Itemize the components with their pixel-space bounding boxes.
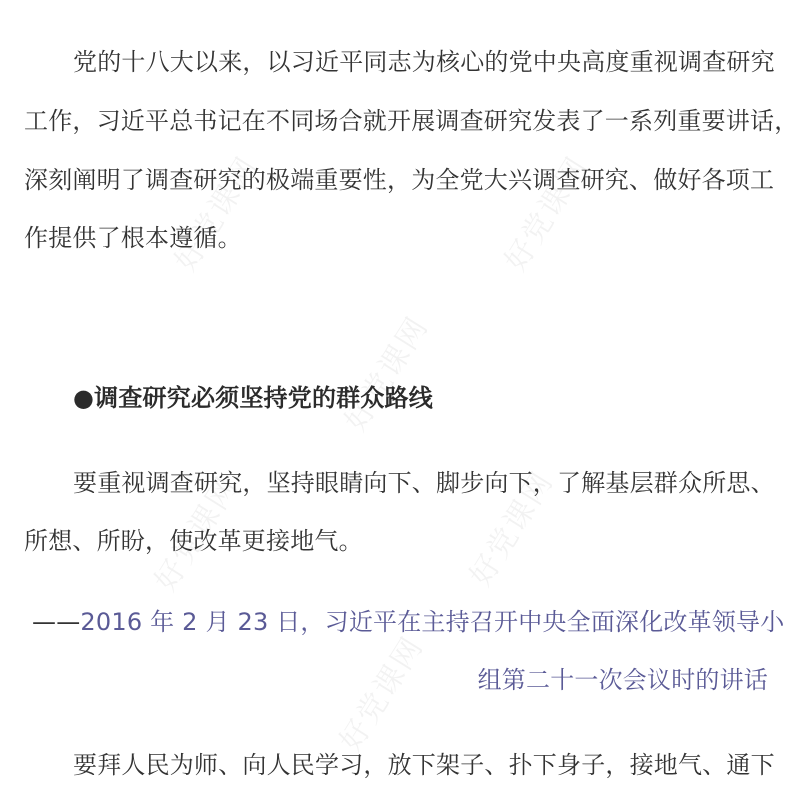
- text-line: 党的十八大以来，以习近平同志为核心的党中央高度重视调查研究: [73, 47, 800, 77]
- watermark: 好党课网: [326, 626, 431, 758]
- text-line: 要重视调查研究，坚持眼睛向下、脚步向下，了解基层群众所思、: [73, 468, 800, 498]
- text-line: 要拜人民为师、向人民学习，放下架子、扑下身子，接地气、通下: [73, 750, 800, 780]
- text-line: 工作，习近平总书记在不同场合就开展调查研究发表了一系列重要讲话，: [24, 106, 784, 136]
- attribution-line: ——2016 年 2 月 23 日，习近平在主持召开中央全面深化改革领导小: [32, 607, 792, 637]
- em-dash: ——: [32, 608, 80, 636]
- text-line: 所想、所盼，使改革更接地气。: [24, 526, 784, 556]
- section-heading: ●调查研究必须坚持党的群众路线: [73, 383, 800, 413]
- text-line: 深刻阐明了调查研究的极端重要性，为全党大兴调查研究、做好各项工: [24, 165, 784, 195]
- watermark: 好党课网: [331, 306, 436, 438]
- attribution-text: 2016 年 2 月 23 日，习近平在主持召开中央全面深化改革领导小: [80, 608, 784, 636]
- text-line: 作提供了根本遵循。: [24, 223, 784, 253]
- attribution-line: 组第二十一次会议时的讲话: [478, 665, 768, 695]
